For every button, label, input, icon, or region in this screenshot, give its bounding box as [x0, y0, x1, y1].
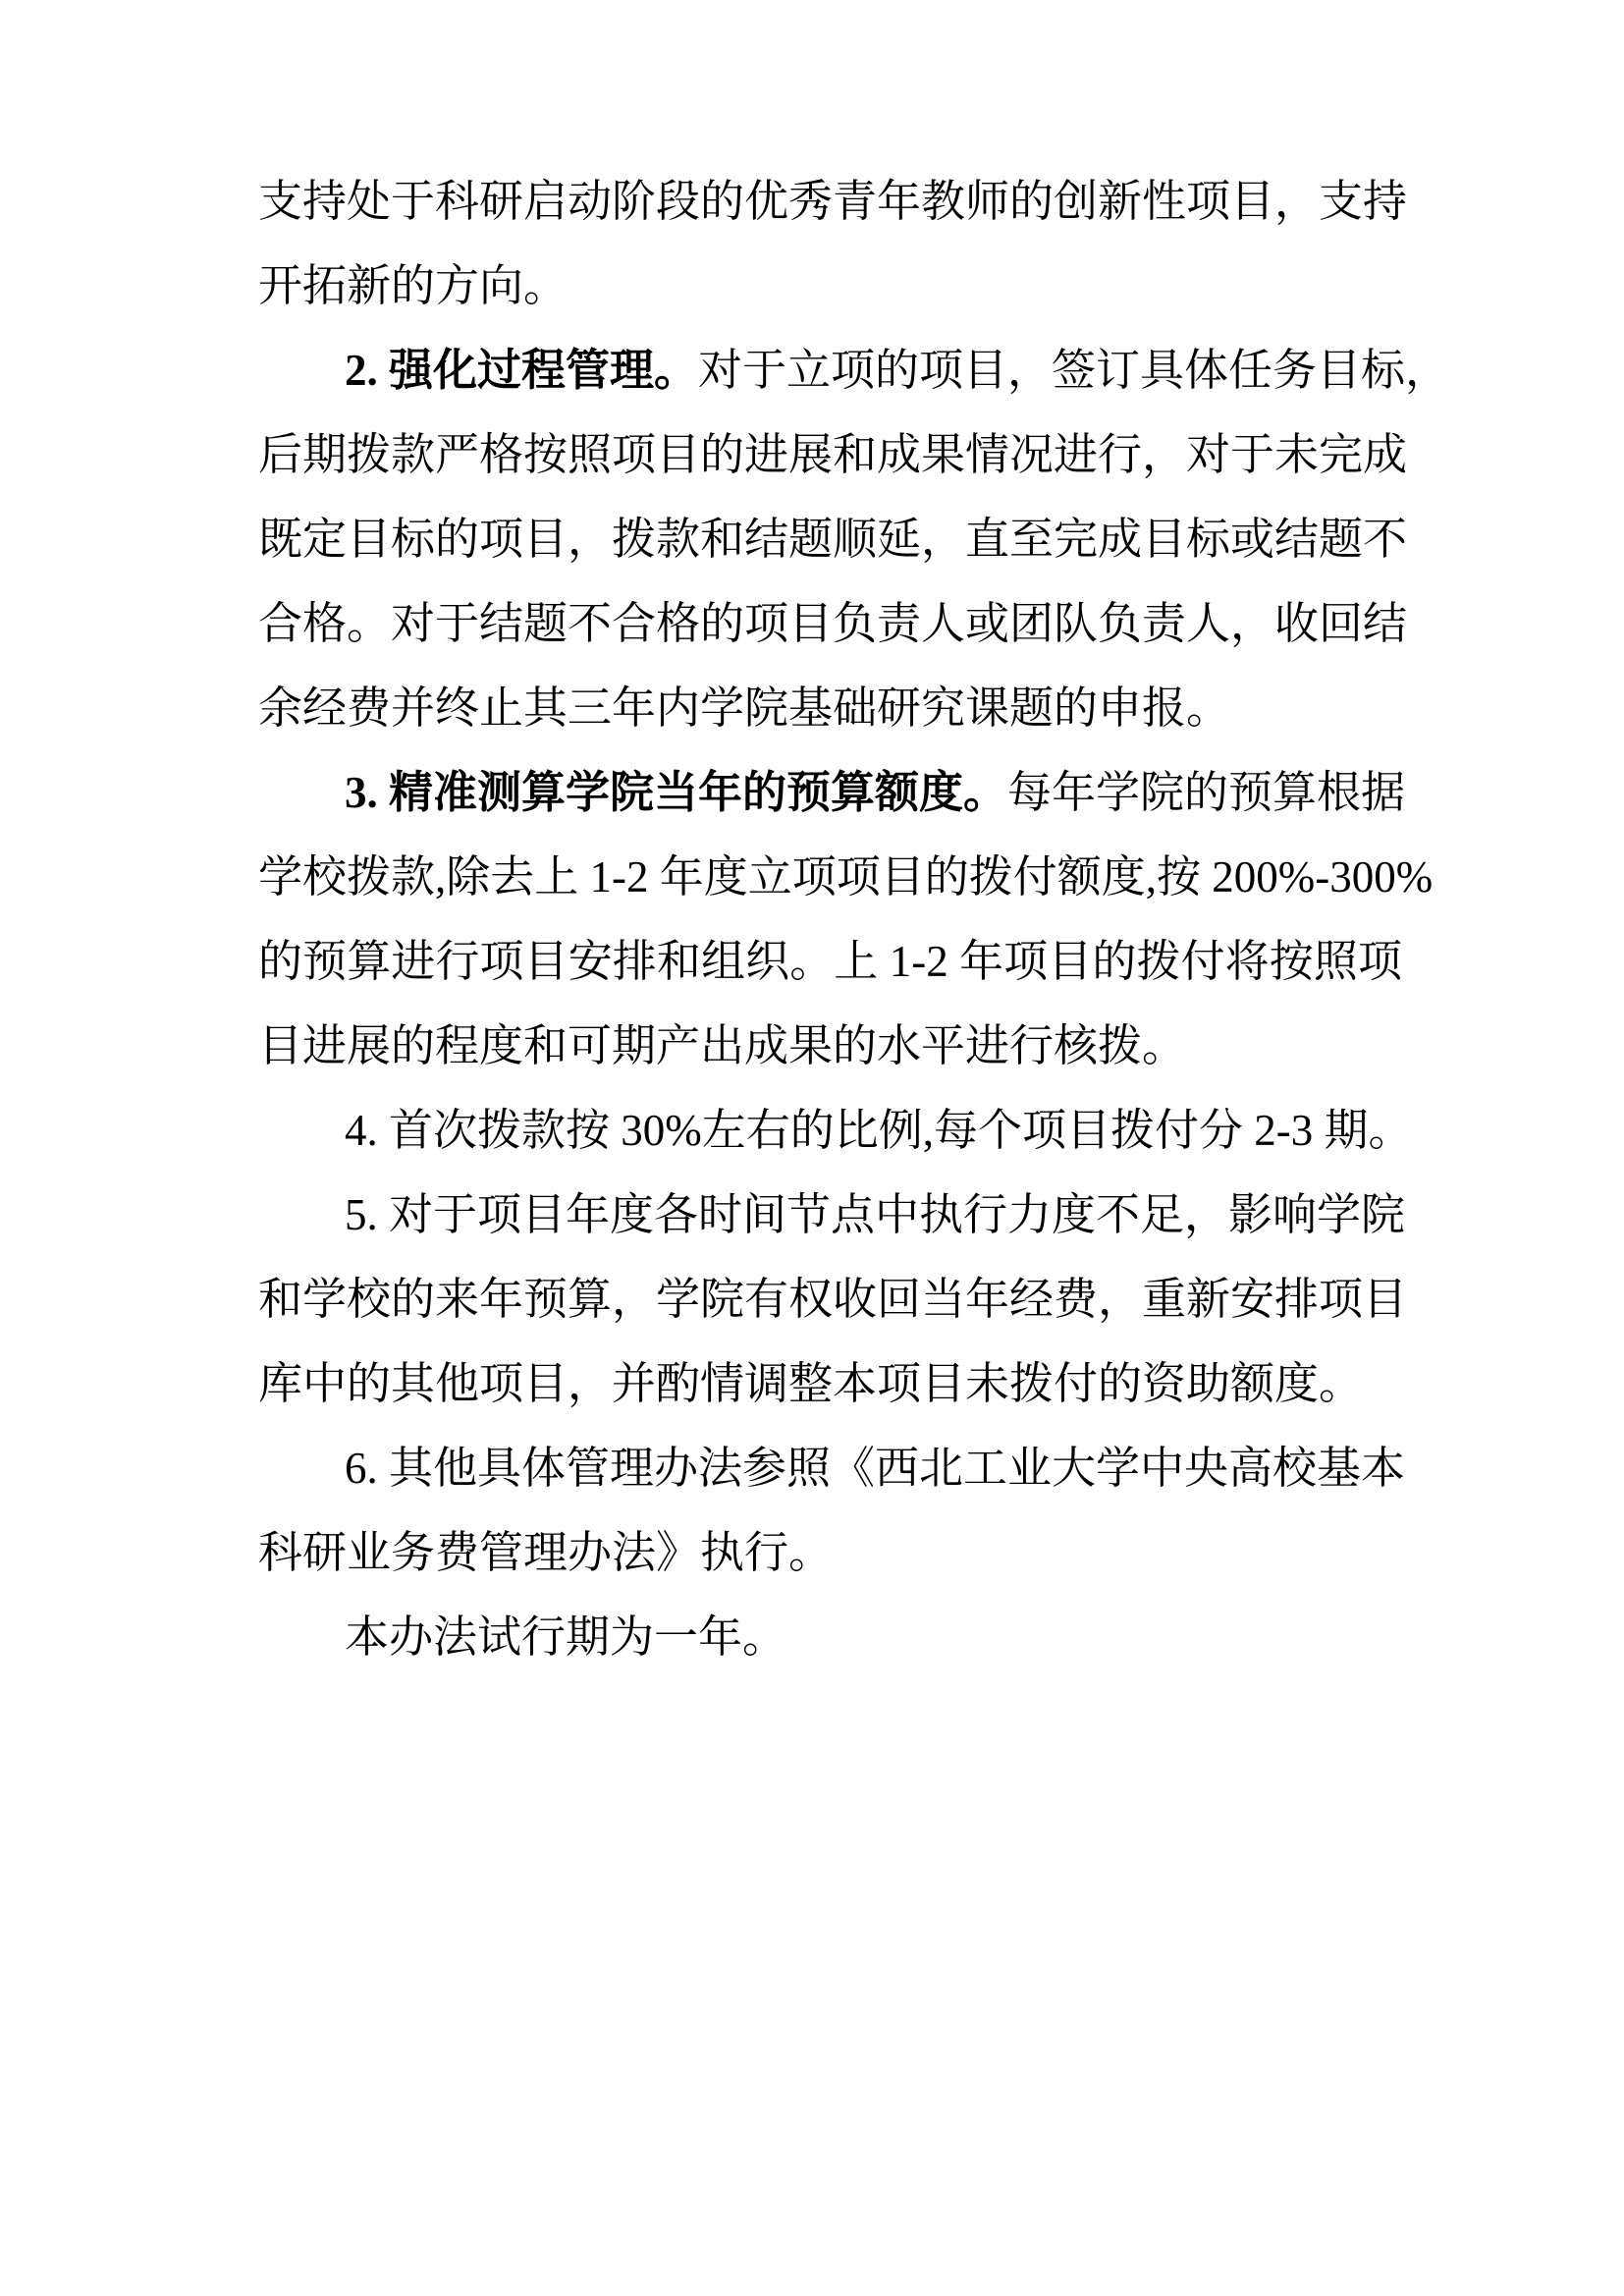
text-line: 合格。对于结题不合格的项目负责人或团队负责人，收回结	[258, 581, 1402, 666]
line-text: 库中的其他项目，并酌情调整本项目未拨付的资助额度。	[258, 1359, 1363, 1408]
line-text: 的预算进行项目安排和组织。上 1-2 年项目的拨付将按照项	[258, 937, 1402, 986]
text-line: 5. 对于项目年度各时间节点中执行力度不足，影响学院	[258, 1173, 1402, 1257]
text-line: 和学校的来年预算，学院有权收回当年经费，重新安排项目	[258, 1257, 1402, 1341]
text-line: 既定目标的项目，拨款和结题顺延，直至完成目标或结题不	[258, 497, 1402, 581]
line-text: 余经费并终止其三年内学院基础研究课题的申报。	[258, 683, 1230, 733]
text-line: 后期拨款严格按照项目的进展和成果情况进行，对于未完成	[258, 412, 1402, 497]
line-text: 6. 其他具体管理办法参照《西北工业大学中央高校基本	[345, 1444, 1405, 1493]
text-line: 目进展的程度和可期产出成果的水平进行核拨。	[258, 1004, 1402, 1088]
line-bold-text: 2. 强化过程管理。	[345, 346, 698, 395]
text-line: 科研业务费管理办法》执行。	[258, 1510, 1402, 1595]
text-line: 支持处于科研启动阶段的优秀青年教师的创新性项目，支持	[258, 159, 1402, 244]
line-text: 和学校的来年预算，学院有权收回当年经费，重新安排项目	[258, 1275, 1407, 1324]
line-text: 开拓新的方向。	[258, 261, 568, 310]
line-bold-text: 3. 精准测算学院当年的预算额度。	[345, 768, 1007, 817]
line-text: 学校拨款,除去上 1-2 年度立项项目的拨付额度,按 200%-300%	[258, 852, 1433, 902]
text-line: 余经费并终止其三年内学院基础研究课题的申报。	[258, 666, 1402, 750]
line-text: 5. 对于项目年度各时间节点中执行力度不足，影响学院	[345, 1190, 1405, 1239]
line-text: 4. 首次拨款按 30%左右的比例,每个项目拨付分 2-3 期。	[345, 1106, 1412, 1155]
line-text: 对于立项的项目，签订具体任务目标，	[698, 346, 1449, 395]
line-text: 合格。对于结题不合格的项目负责人或团队负责人，收回结	[258, 599, 1407, 648]
line-text: 既定目标的项目，拨款和结题顺延，直至完成目标或结题不	[258, 515, 1407, 564]
text-line: 库中的其他项目，并酌情调整本项目未拨付的资助额度。	[258, 1341, 1402, 1426]
text-line: 开拓新的方向。	[258, 244, 1402, 328]
document-body: 支持处于科研启动阶段的优秀青年教师的创新性项目，支持开拓新的方向。2. 强化过程…	[258, 159, 1402, 1679]
line-text: 科研业务费管理办法》执行。	[258, 1528, 833, 1577]
text-line: 4. 首次拨款按 30%左右的比例,每个项目拨付分 2-3 期。	[258, 1088, 1402, 1173]
text-line: 2. 强化过程管理。对于立项的项目，签订具体任务目标，	[258, 328, 1402, 412]
line-text: 目进展的程度和可期产出成果的水平进行核拨。	[258, 1021, 1186, 1070]
text-line: 的预算进行项目安排和组织。上 1-2 年项目的拨付将按照项	[258, 919, 1402, 1004]
text-line: 6. 其他具体管理办法参照《西北工业大学中央高校基本	[258, 1426, 1402, 1510]
document-page: 支持处于科研启动阶段的优秀青年教师的创新性项目，支持开拓新的方向。2. 强化过程…	[0, 0, 1624, 2296]
line-text: 每年学院的预算根据	[1007, 768, 1405, 817]
text-line: 本办法试行期为一年。	[258, 1595, 1402, 1679]
line-text: 支持处于科研启动阶段的优秀青年教师的创新性项目，支持	[258, 177, 1407, 226]
line-text: 后期拨款严格按照项目的进展和成果情况进行，对于未完成	[258, 430, 1407, 479]
line-text: 本办法试行期为一年。	[345, 1613, 786, 1662]
text-line: 学校拨款,除去上 1-2 年度立项项目的拨付额度,按 200%-300%	[258, 835, 1402, 919]
text-line: 3. 精准测算学院当年的预算额度。每年学院的预算根据	[258, 750, 1402, 835]
